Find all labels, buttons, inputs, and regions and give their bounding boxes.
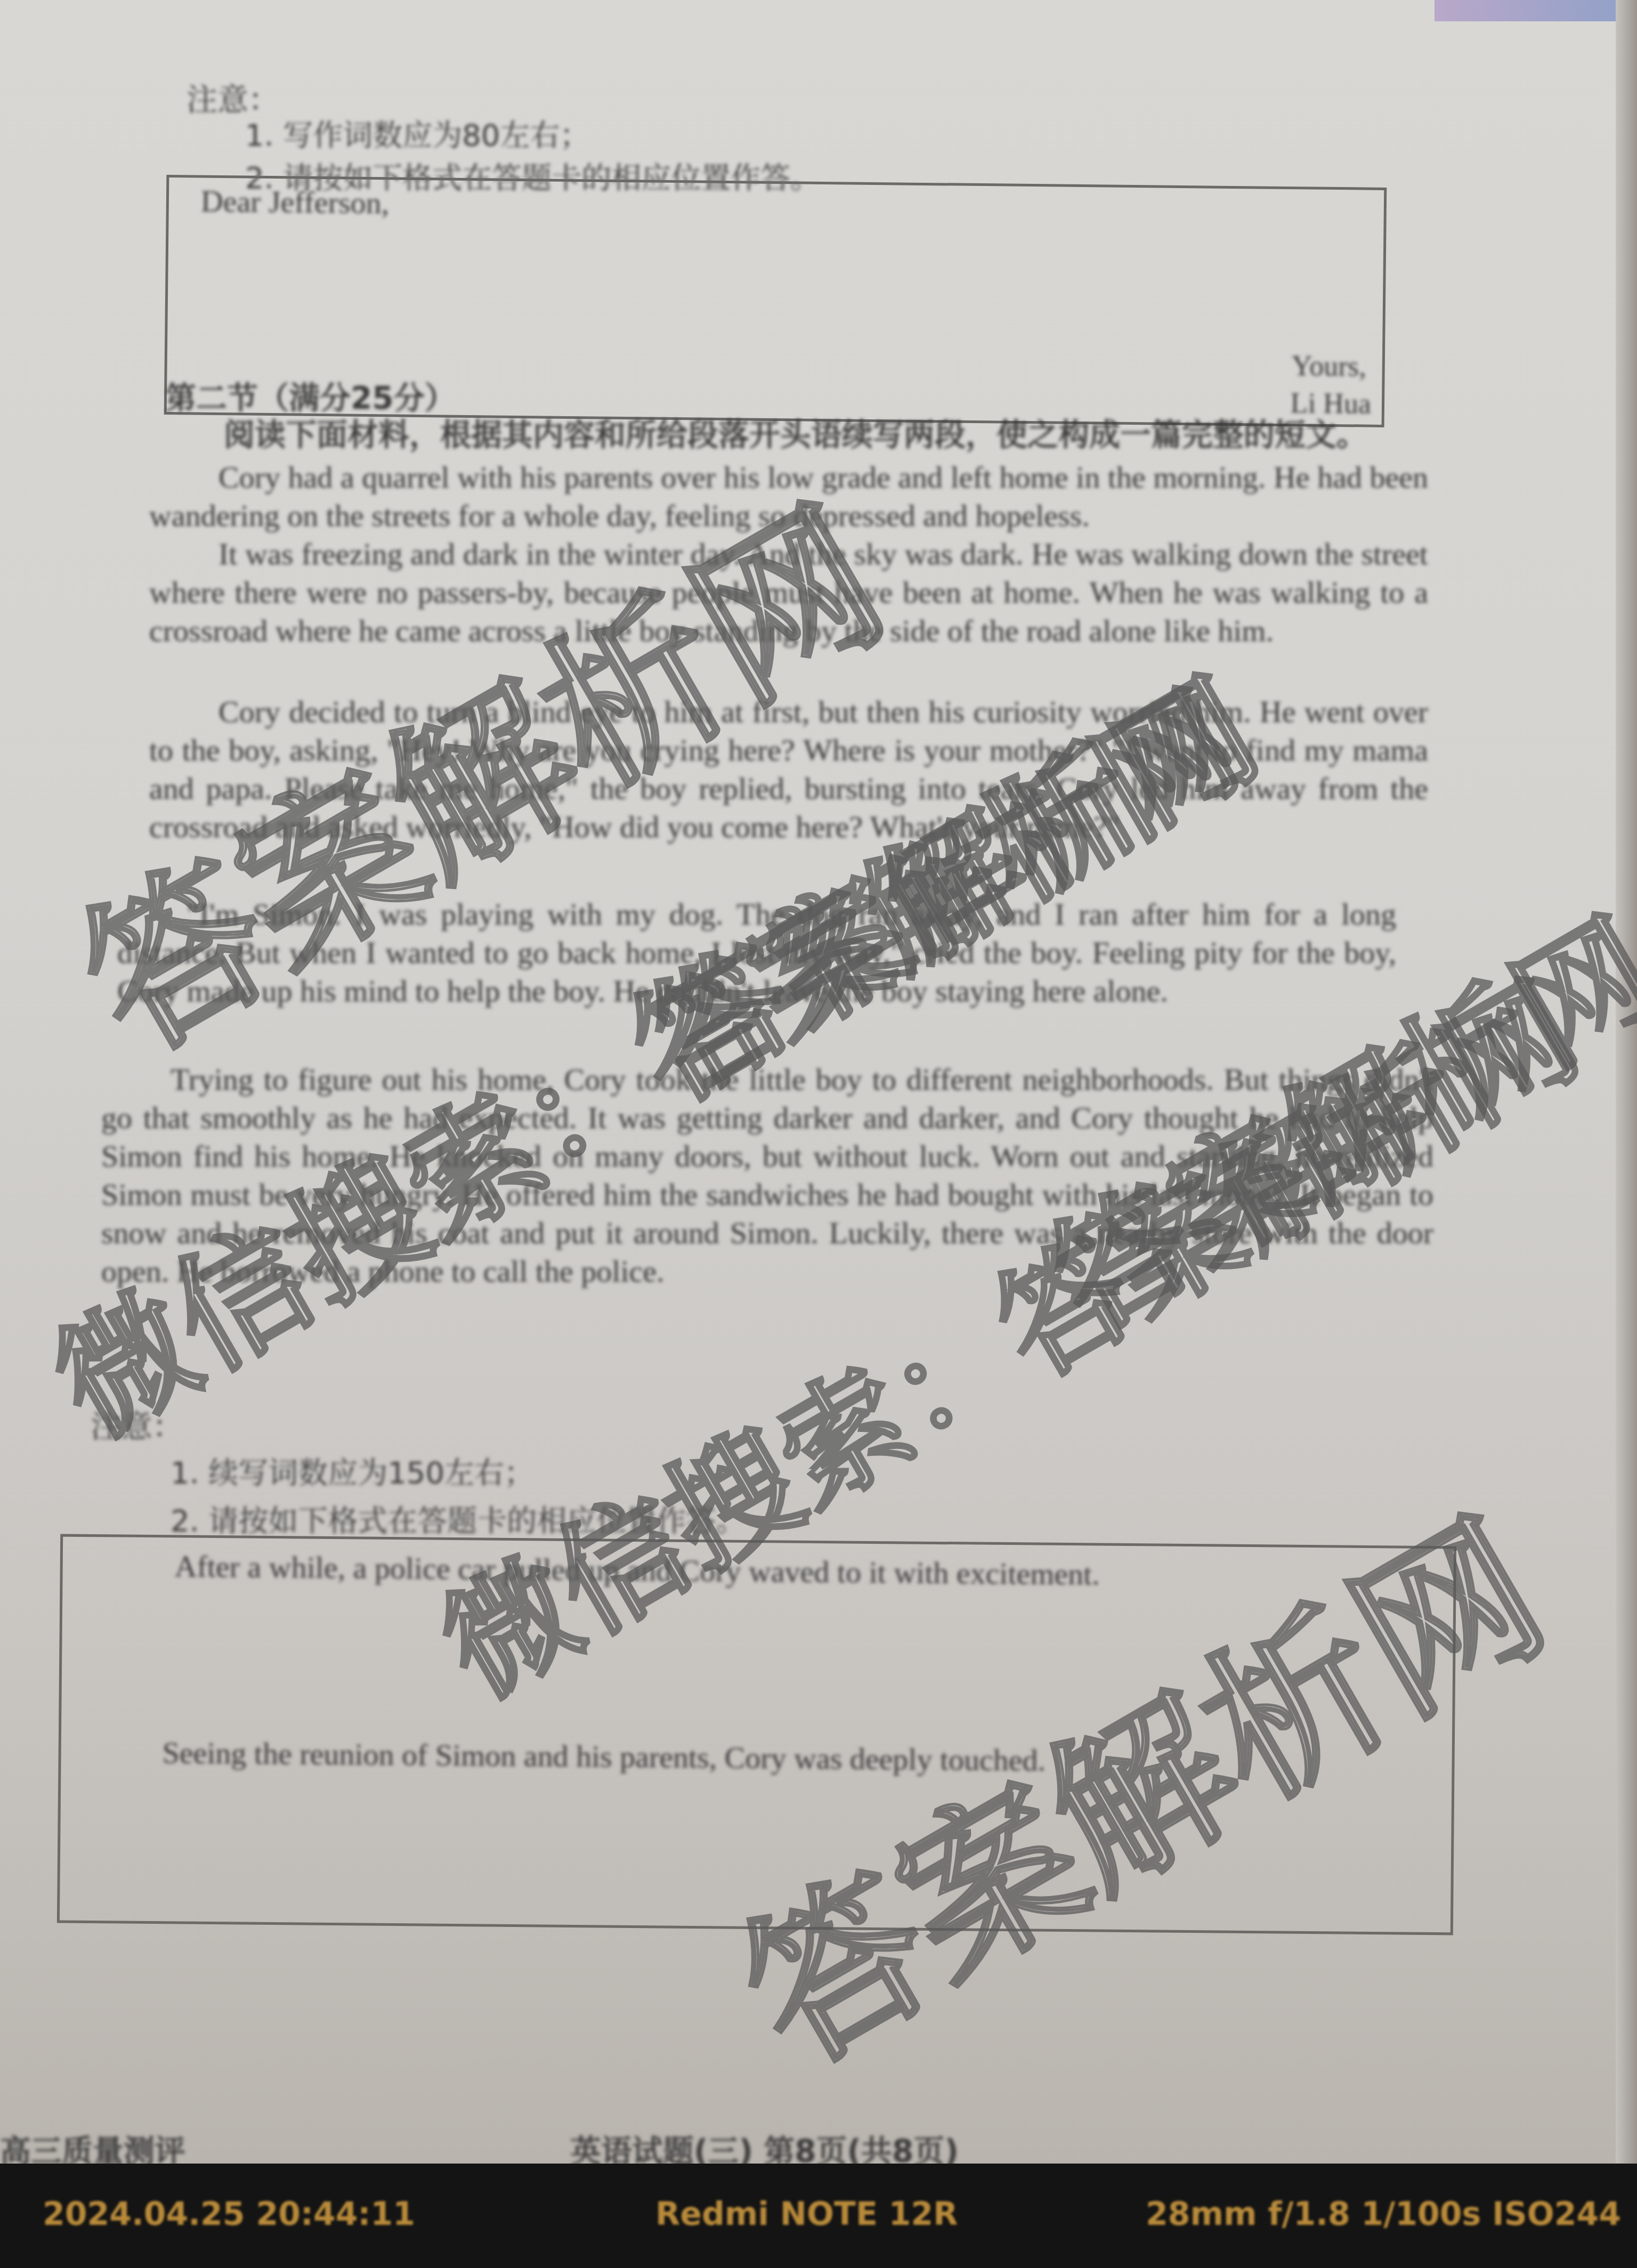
background-object <box>1435 0 1637 21</box>
camera-specs: 28mm f/1.8 1/100s ISO244 <box>1146 2196 1621 2233</box>
note-item: 1. 续写词数应为150左右； <box>171 1449 534 1492</box>
section-title: 第二节（满分25分） <box>165 373 456 418</box>
exam-page: 注意： 1. 写作词数应为80左右； 2. 请按如下格式在答题卡的相应位置作答。… <box>0 0 1637 2164</box>
camera-info-bar: 2024.04.25 20:44:11 Redmi NOTE 12R 28mm … <box>0 2164 1637 2268</box>
section-instruction: 阅读下面材料，根据其内容和所给段落开头语续写两段，使之构成一篇完整的短文。 <box>224 416 1396 454</box>
note-item: 1. 写作词数应为80左右； <box>245 112 590 155</box>
camera-datetime: 2024.04.25 20:44:11 <box>43 2196 415 2233</box>
camera-device: Redmi NOTE 12R <box>655 2196 958 2233</box>
page-edge <box>1616 0 1637 2164</box>
letter-greeting: Dear Jefferson, <box>201 183 390 221</box>
letter-closing: Yours, <box>1291 349 1366 383</box>
